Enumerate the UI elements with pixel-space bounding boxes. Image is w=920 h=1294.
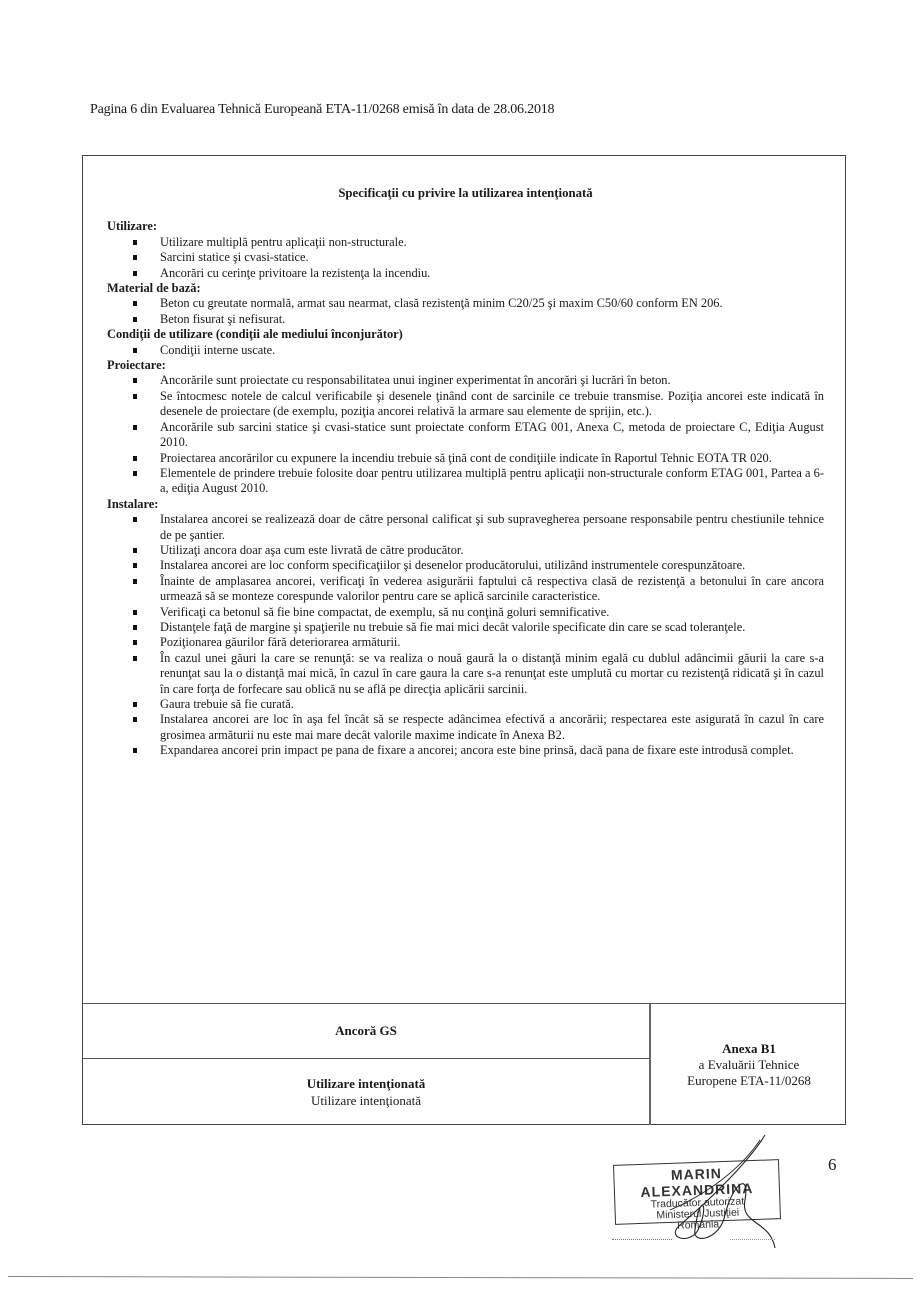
bullet-item: Instalarea ancorei are loc în aşa fel în… (107, 712, 824, 743)
annex-cell: Anexa B1 a Evaluării Tehnice Europene ET… (649, 1004, 847, 1125)
bullet-item: Elementele de prindere trebuie folosite … (107, 466, 824, 497)
bullet-item: Expandarea ancorei prin impact pe pana d… (107, 743, 824, 758)
page-header: Pagina 6 din Evaluarea Tehnică Europeană… (90, 102, 554, 118)
signature-line-right (730, 1239, 775, 1240)
footer-section-title: Utilizare intenţionată (311, 1092, 421, 1109)
bullet-item: Se întocmesc notele de calcul verificabi… (107, 389, 824, 420)
bullet-list: Beton cu greutate normală, armat sau nea… (107, 296, 824, 327)
section-heading: Condiţii de utilizare (condiţii ale medi… (107, 327, 824, 342)
bullet-item: Verificaţi ca betonul să fie bine compac… (107, 605, 824, 620)
bullet-item: Instalarea ancorei are loc conform speci… (107, 558, 824, 573)
annex-footer-table: Ancoră GS Utilizare intenţionată Utiliza… (83, 1003, 845, 1125)
bullet-item: Beton cu greutate normală, armat sau nea… (107, 296, 824, 311)
bullet-list: Instalarea ancorei se realizează doar de… (107, 512, 824, 759)
bullet-item: Beton fisurat şi nefisurat. (107, 312, 824, 327)
bullet-item: Utilizare multiplă pentru aplicaţii non-… (107, 235, 824, 250)
bullet-item: Înainte de amplasarea ancorei, verificaţ… (107, 574, 824, 605)
annex-line-1: a Evaluării Tehnice (699, 1057, 800, 1073)
bullet-item: Instalarea ancorei se realizează doar de… (107, 512, 824, 543)
section-heading: Proiectare: (107, 358, 824, 373)
bullet-list: Utilizare multiplă pentru aplicaţii non-… (107, 235, 824, 281)
section-heading: Material de bază: (107, 281, 824, 296)
bullet-item: Utilizaţi ancora doar aşa cum este livra… (107, 543, 824, 558)
bullet-item: Ancorările sunt proiectate cu responsabi… (107, 373, 824, 388)
translator-stamp: MARIN ALEXANDRINA Traducător autorizat M… (613, 1159, 781, 1225)
bullet-item: Sarcini statice şi cvasi-statice. (107, 250, 824, 265)
bullet-item: Ancorările sub sarcini statice şi cvasi-… (107, 420, 824, 451)
specification-content: Specificaţii cu privire la utilizarea in… (107, 186, 824, 759)
section-title-cell: Utilizare intenţionată Utilizare intenţi… (83, 1059, 649, 1125)
bullet-item: Poziţionarea găurilor fără deteriorarea … (107, 635, 824, 650)
product-name-cell: Ancoră GS (83, 1004, 649, 1059)
bullet-item: Gaura trebuie să fie curată. (107, 697, 824, 712)
section-heading: Instalare: (107, 497, 824, 512)
footer-section-title-bold: Utilizare intenţionată (307, 1075, 426, 1092)
signature-line-left (612, 1239, 672, 1240)
bullet-item: În cazul unei găuri la care se renunţă: … (107, 651, 824, 697)
bullet-list: Ancorările sunt proiectate cu responsabi… (107, 373, 824, 496)
bullet-item: Ancorări cu cerinţe privitoare la rezist… (107, 266, 824, 281)
product-name: Ancoră GS (335, 1023, 397, 1039)
section-heading: Utilizare: (107, 219, 824, 234)
section-title: Specificaţii cu privire la utilizarea in… (107, 186, 824, 201)
bottom-rule (8, 1276, 913, 1279)
bullet-item: Distanţele faţă de margine şi spaţierile… (107, 620, 824, 635)
annex-line-2: Europene ETA-11/0268 (687, 1073, 811, 1089)
annex-label: Anexa B1 (722, 1041, 776, 1057)
specification-box: Specificaţii cu privire la utilizarea in… (82, 155, 846, 1125)
bullet-item: Condiţii interne uscate. (107, 343, 824, 358)
sections-list: Utilizare:Utilizare multiplă pentru apli… (107, 219, 824, 758)
page-number: 6 (828, 1155, 837, 1175)
bullet-item: Proiectarea ancorărilor cu expunere la i… (107, 451, 824, 466)
bullet-list: Condiţii interne uscate. (107, 343, 824, 358)
